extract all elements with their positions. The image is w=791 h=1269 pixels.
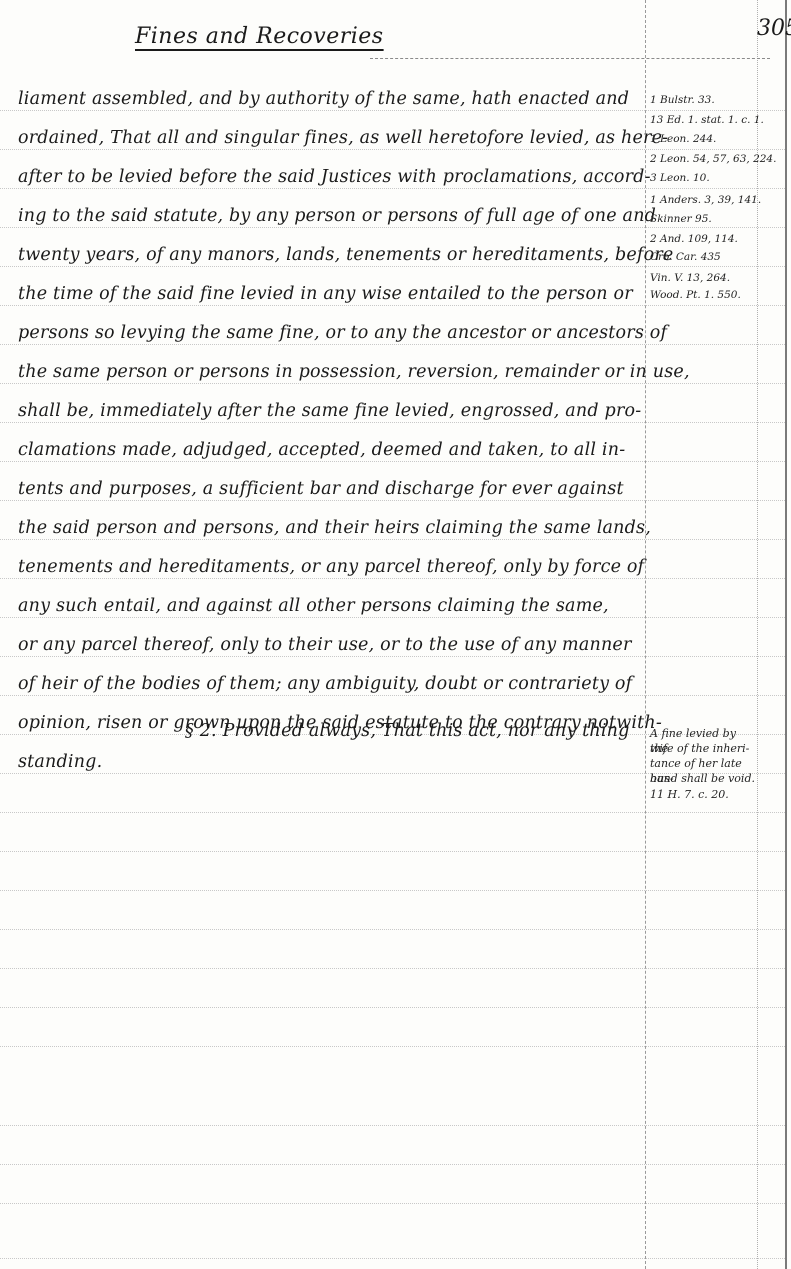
title-underline-rule (370, 58, 770, 59)
ruled-line (0, 812, 785, 813)
section-heading-line: § 2. Provided always, That this act, nor… (185, 720, 645, 742)
ruled-line (0, 968, 785, 969)
page-title: Fines and Recoveries (135, 24, 384, 49)
ruled-line (0, 227, 785, 228)
ruled-line (0, 461, 785, 462)
ruled-line (0, 422, 785, 423)
margin-rule-right (757, 0, 758, 1269)
ruled-line (0, 344, 785, 345)
text-line: after to be levied before the said Justi… (18, 166, 643, 188)
ruled-line (0, 1164, 785, 1165)
manuscript-page: Fines and Recoveries 305 liament assembl… (0, 0, 791, 1269)
ruled-line (0, 578, 785, 579)
text-line: the said person and persons, and their h… (18, 517, 643, 539)
ruled-line (0, 929, 785, 930)
citation: 1 Anders. 3, 39, 141. (650, 193, 755, 208)
page-edge-rule (785, 0, 787, 1269)
ruled-line (0, 695, 785, 696)
ruled-line (0, 1203, 785, 1204)
margin-rule-left (645, 0, 646, 1269)
ruled-line (0, 890, 785, 891)
citation: 2 And. 109, 114. (650, 232, 755, 247)
ruled-line (0, 656, 785, 657)
side-note-line: band shall be void. (650, 771, 755, 786)
ruled-line (0, 500, 785, 501)
citation: Cro. Car. 435 (650, 250, 755, 265)
page-header: Fines and Recoveries 305 (0, 0, 791, 70)
text-line: ing to the said statute, by any person o… (18, 205, 643, 227)
citation: Wood. Pt. 1. 550. (650, 288, 755, 303)
text-line: liament assembled, and by authority of t… (18, 88, 643, 110)
text-line: the time of the said fine levied in any … (18, 283, 643, 305)
text-line: standing. (18, 751, 643, 773)
text-line: or any parcel thereof, only to their use… (18, 634, 643, 656)
text-line: shall be, immediately after the same fin… (18, 400, 643, 422)
ruled-line (0, 383, 785, 384)
ruled-line (0, 851, 785, 852)
ruled-line (0, 1046, 785, 1047)
citation: 3 Leon. 10. (650, 171, 755, 186)
ruled-line (0, 266, 785, 267)
text-line: persons so levying the same fine, or to … (18, 322, 643, 344)
citation: 13 Ed. 1. stat. 1. c. 1. (650, 113, 755, 128)
citation: 1 Bulstr. 33. (650, 93, 755, 108)
text-line: clamations made, adjudged, accepted, dee… (18, 439, 643, 461)
ruled-line (0, 1258, 785, 1259)
text-line: twenty years, of any manors, lands, tene… (18, 244, 643, 266)
text-line: tents and purposes, a sufficient bar and… (18, 478, 643, 500)
ruled-line (0, 1007, 785, 1008)
citation: 1 Leon. 244. (650, 132, 755, 147)
citation: Vin. V. 13, 264. (650, 271, 755, 286)
ruled-line (0, 305, 785, 306)
page-number: 305 (757, 16, 791, 41)
ruled-line (0, 617, 785, 618)
text-line: the same person or persons in possession… (18, 361, 643, 383)
citation: 2 Leon. 54, 57, 63, 224. (650, 152, 755, 167)
side-note-line: 11 H. 7. c. 20. (650, 787, 755, 802)
text-line: any such entail, and against all other p… (18, 595, 643, 617)
text-line: of heir of the bodies of them; any ambig… (18, 673, 643, 695)
citation: Skinner 95. (650, 212, 755, 227)
ruled-line (0, 539, 785, 540)
ruled-line (0, 188, 785, 189)
side-note-line: wife of the inheri- (650, 741, 755, 756)
ruled-line (0, 110, 785, 111)
text-line: ordained, That all and singular fines, a… (18, 127, 643, 149)
text-line: tenements and hereditaments, or any parc… (18, 556, 643, 578)
ruled-line (0, 1125, 785, 1126)
ruled-line (0, 149, 785, 150)
